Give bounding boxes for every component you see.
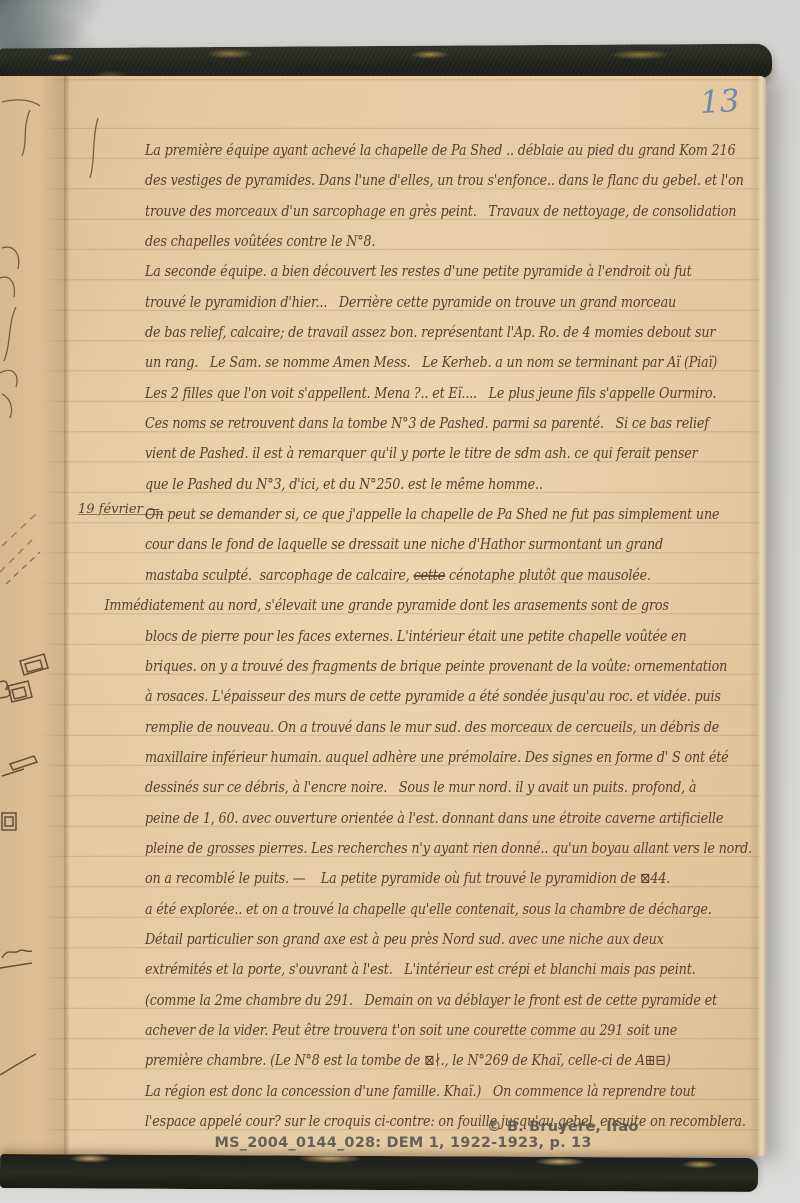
- manuscript-line: Détail particulier son grand axe est à p…: [145, 925, 708, 955]
- manuscript-line: (comme la 2me chambre du 291. Demain on …: [145, 986, 708, 1016]
- manuscript-scan: 13 19 février —. La première équipe ayan…: [0, 0, 800, 1203]
- manuscript-line: maxillaire inférieur humain. auquel adhè…: [145, 743, 708, 773]
- sketch-squiggle: [0, 950, 36, 1075]
- manuscript-line: achever de la vider. Peut être trouvera …: [145, 1016, 708, 1046]
- manuscript-line: des vestiges de pyramides. Dans l'une d'…: [145, 166, 708, 196]
- manuscript-line: Ces noms se retrouvent dans la tombe N°3…: [145, 409, 708, 439]
- manuscript-line: on a recomblé le puits. — La petite pyra…: [145, 864, 708, 894]
- manuscript-line: que le Pashed du N°3, d'ici, et du N°250…: [145, 470, 708, 500]
- manuscript-line: extrémités et la porte, s'ouvrant à l'es…: [145, 955, 708, 985]
- notebook-page: 13 19 février —. La première équipe ayan…: [0, 76, 766, 1156]
- sketch-face: [0, 247, 19, 418]
- manuscript-line: pleine de grosses pierres. Les recherche…: [145, 834, 708, 864]
- manuscript-line: première chambre. (Le N°8 est la tombe d…: [145, 1046, 708, 1076]
- manuscript-line: à rosaces. L'épaisseur des murs de cette…: [145, 682, 708, 712]
- manuscript-line: trouve des morceaux d'un sarcophage en g…: [145, 197, 708, 227]
- manuscript-line: Immédiatement au nord, s'élevait une gra…: [105, 591, 709, 621]
- manuscript-line: dessinés sur ce débris, à l'encre noire.…: [145, 773, 708, 803]
- manuscript-line: trouvé le pyramidion d'hier... Derrière …: [145, 288, 708, 318]
- manuscript-line: La première équipe ayant achevé la chape…: [145, 136, 708, 166]
- manuscript-line: des chapelles voûtées contre le N°8.: [145, 227, 708, 257]
- margin-sketches: [0, 76, 110, 1156]
- manuscript-line: briques. on y a trouvé des fragments de …: [145, 652, 708, 682]
- manuscript-line: On peut se demander si, ce que j'appelle…: [145, 500, 708, 530]
- line-segment: cénotaphe plutôt que mausolée.: [445, 568, 651, 584]
- manuscript-line: cour dans le fond de laquelle se dressai…: [145, 530, 708, 560]
- caption-reference: MS_2004_0144_028: DEM 1, 1922-1923, p. 1…: [215, 1135, 592, 1151]
- manuscript-line: blocs de pierre pour les faces externes.…: [145, 622, 708, 652]
- book-cover-bottom-edge: [0, 1154, 758, 1192]
- manuscript-line: a été explorée.. et on a trouvé la chape…: [145, 895, 708, 925]
- sketch-dashed-lines: [0, 514, 36, 572]
- manuscript-line: un rang. Le Sam. se nomme Amen Mess. Le …: [145, 348, 708, 378]
- sketch-dashed-brown: [6, 552, 40, 584]
- sketch-rectangles: [0, 654, 48, 830]
- page-number: 13: [699, 83, 740, 121]
- sketch-top-curves: [2, 100, 98, 178]
- caption-credit: © B. Bruyère, Ifao: [487, 1119, 639, 1135]
- line-segment: mastaba sculpté. sarcophage de calcaire,: [145, 568, 414, 584]
- manuscript-line: La seconde équipe. a bien découvert les …: [145, 257, 708, 287]
- struck-word: cette: [414, 568, 446, 584]
- manuscript-line: La région est donc la concession d'une f…: [145, 1077, 708, 1107]
- manuscript-line: vient de Pashed. il est à remarquer qu'i…: [145, 439, 708, 469]
- manuscript-line: remplie de nouveau. On a trouvé dans le …: [145, 713, 708, 743]
- manuscript-text: La première équipe ayant achevé la chape…: [145, 136, 708, 1137]
- manuscript-line: peine de 1, 60. avec ouverture orientée …: [145, 804, 708, 834]
- manuscript-line: mastaba sculpté. sarcophage de calcaire,…: [145, 561, 708, 591]
- manuscript-line: de bas relief, calcaire; de travail asse…: [145, 318, 708, 348]
- manuscript-line: Les 2 filles que l'on voit s'appellent. …: [145, 379, 708, 409]
